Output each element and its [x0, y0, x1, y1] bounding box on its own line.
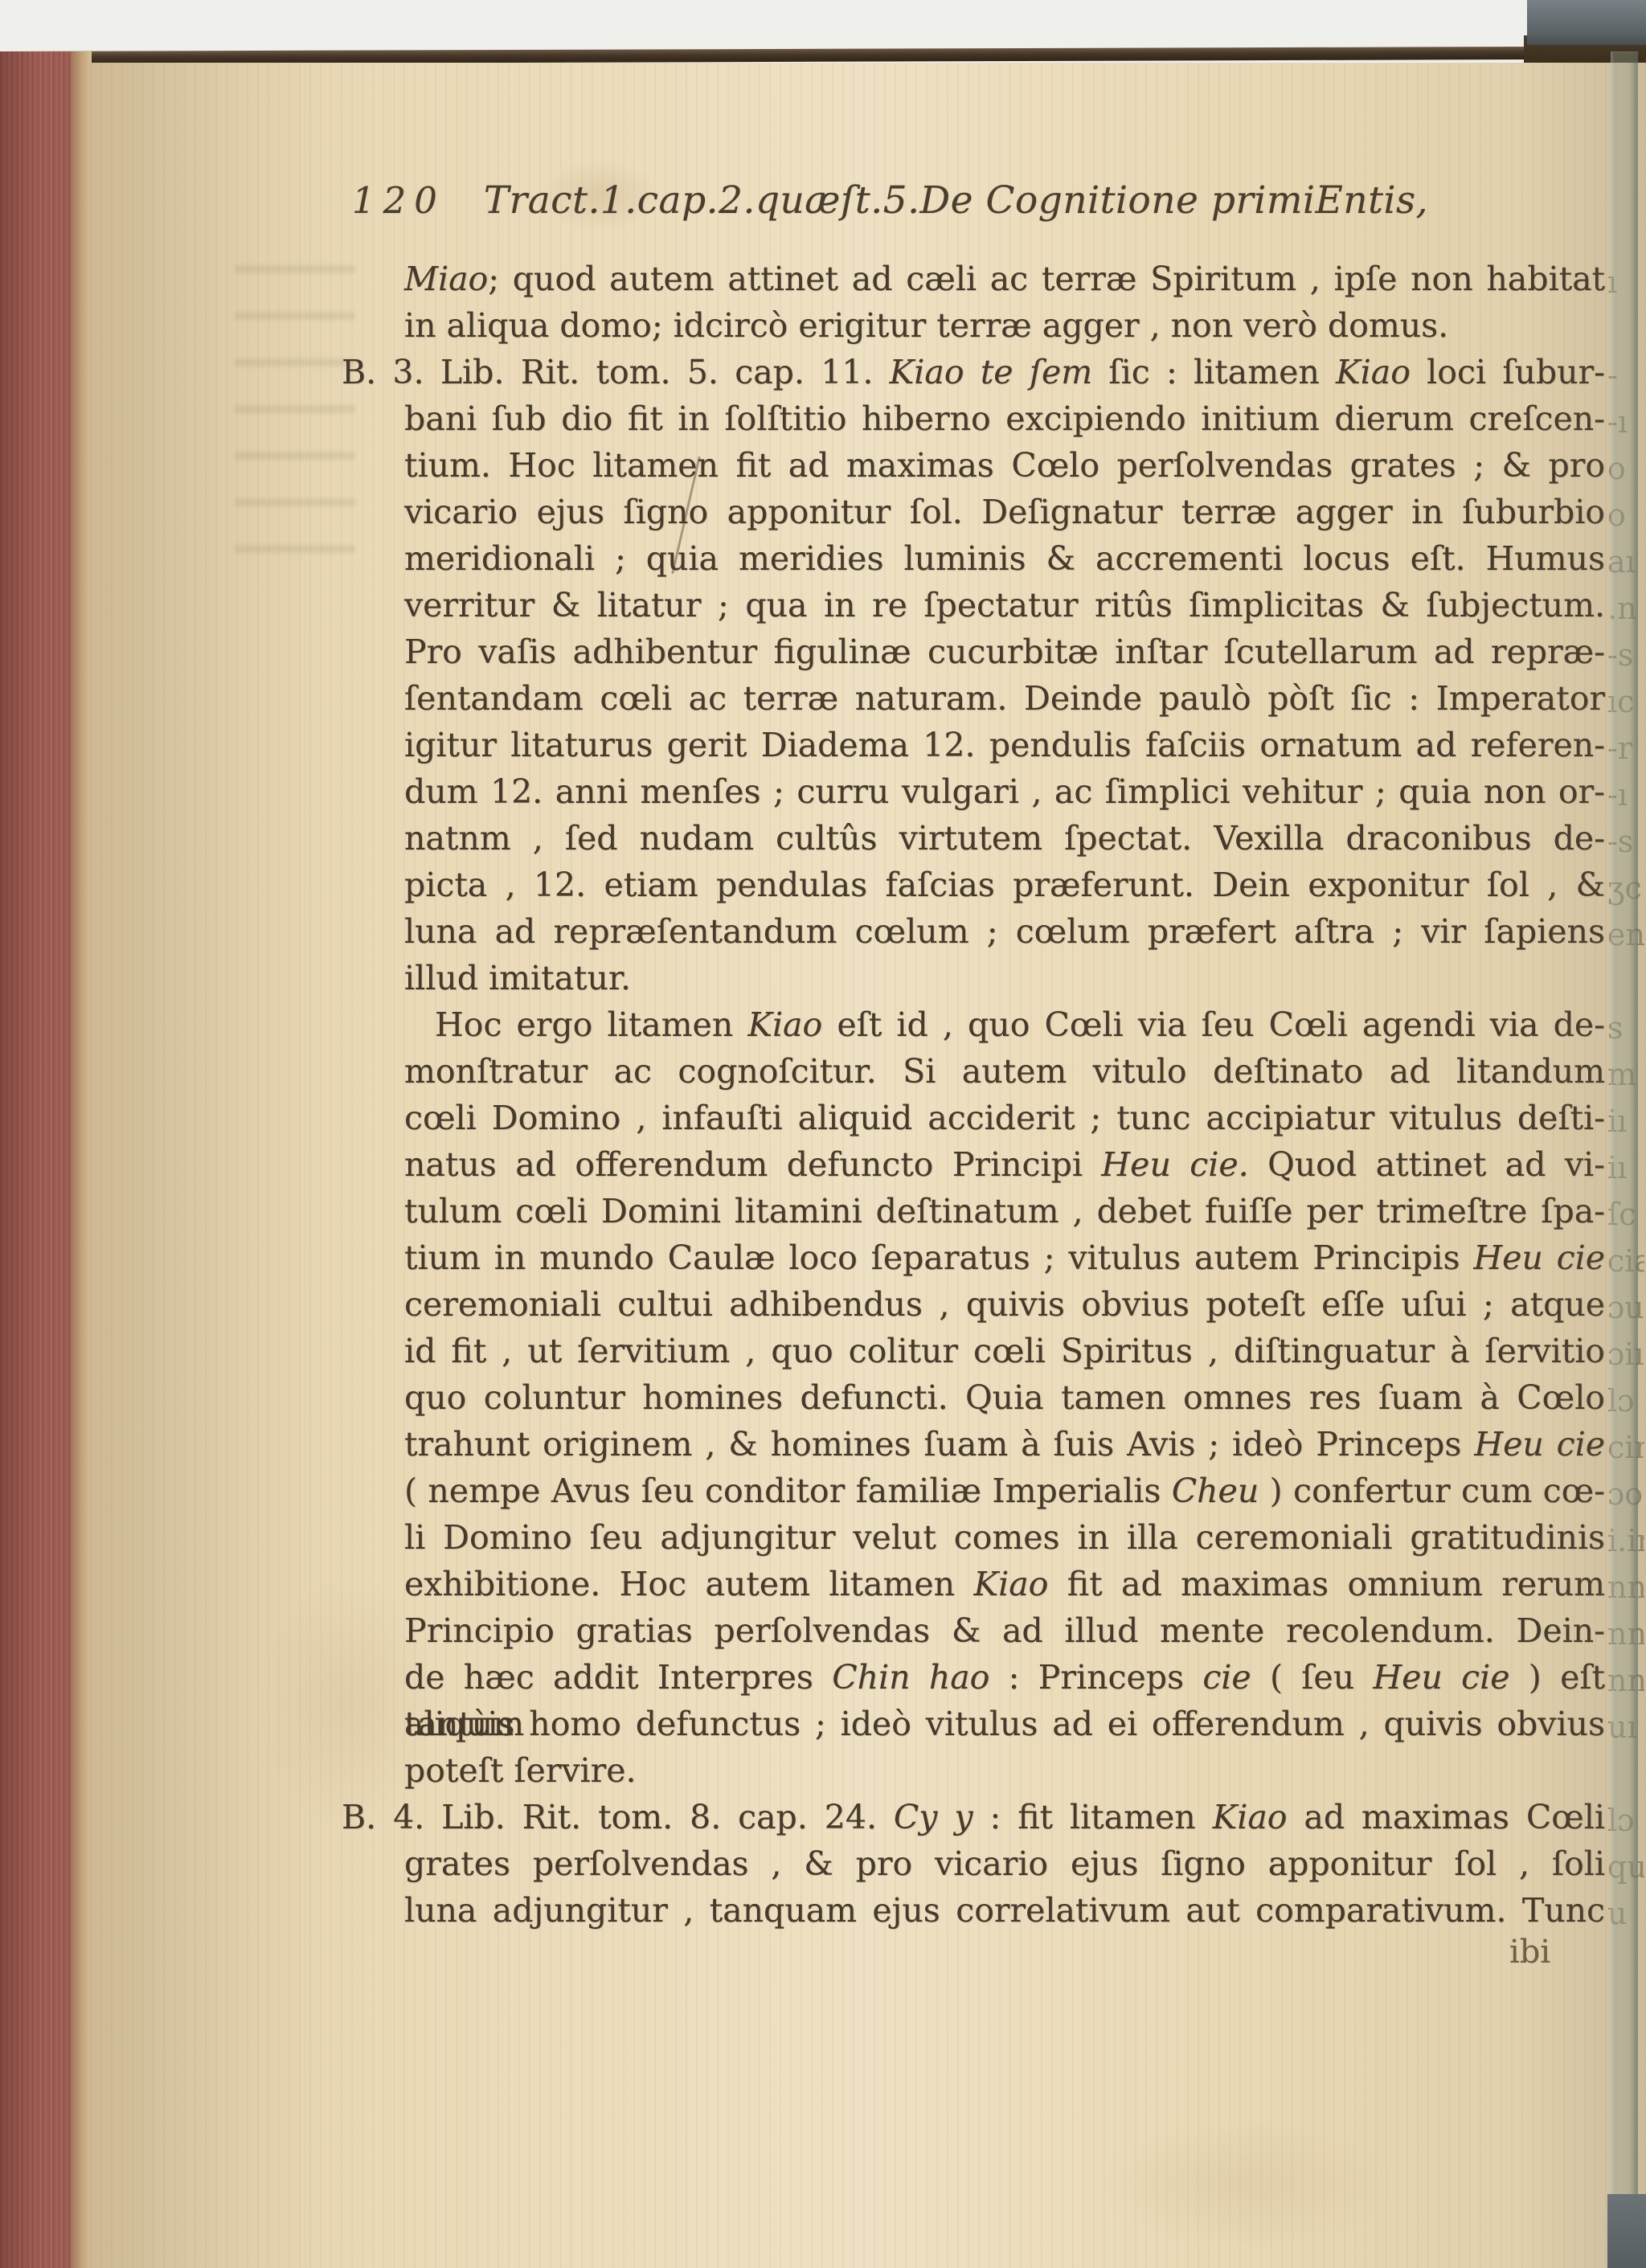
- text-line: verritur & litatur ; qua in re ſpectatur…: [342, 582, 1605, 628]
- text-line: natus ad offerendum defuncto Principi He…: [342, 1141, 1605, 1188]
- italic-term: Heu cie.: [1101, 1145, 1248, 1184]
- text-line: ſentandam cœli ac terræ naturam. Deinde …: [342, 675, 1605, 722]
- text-run: ( ſeu: [1251, 1658, 1374, 1697]
- text-run: cœli Domino , infauſti aliquid acciderit…: [404, 1099, 1605, 1137]
- text-run: de hæc addit Interpres: [404, 1658, 832, 1697]
- italic-term: Kiao te ſem: [890, 353, 1092, 391]
- text-line: li Domino ſeu adjungitur velut comes in …: [342, 1514, 1605, 1561]
- text-line: in aliqua domo; idcircò erigitur terræ a…: [342, 302, 1605, 349]
- text-line: luna adjungitur , tanquam ejus correlati…: [342, 1887, 1605, 1934]
- text-run: monſtratur ac cognoſcitur. Si autem vitu…: [404, 1052, 1605, 1091]
- italic-term: cie: [1202, 1658, 1251, 1697]
- paper-stain: [1095, 2120, 1400, 2249]
- text-line: tulum cœli Domini litamini deſtinatum , …: [342, 1188, 1605, 1234]
- text-line: bani ſub dio fit in ſolſtitio hiberno ex…: [342, 395, 1605, 442]
- text-run: tulum cœli Domini litamini deſtinatum , …: [404, 1192, 1605, 1230]
- text-line: grates perſolvendas , & pro vicario ejus…: [342, 1840, 1605, 1887]
- text-run: ſic : litamen: [1092, 353, 1336, 391]
- text-run: id fit , ut ſervitium , quo colitur cœli…: [404, 1332, 1605, 1370]
- text-line: de hæc addit Interpres Chin hao : Prince…: [342, 1654, 1605, 1701]
- text-line: dum 12. anni menſes ; curru vulgari , ac…: [342, 768, 1605, 815]
- text-run: : Princeps: [989, 1658, 1202, 1697]
- text-run: eſt id , quo Cœli via ſeu Cœli agendi vi…: [822, 1005, 1605, 1044]
- text-run: ſentandam cœli ac terræ naturam. Deinde …: [404, 679, 1605, 718]
- italic-term: Miao: [404, 260, 488, 298]
- text-run: quo coluntur homines defuncti. Quia tame…: [404, 1378, 1605, 1417]
- text-line: Miao; quod autem attinet ad cæli ac terr…: [342, 256, 1605, 302]
- text-run: in aliqua domo; idcircò erigitur terræ a…: [404, 306, 1448, 345]
- text-run: tium in mundo Caulæ loco ſeparatus ; vit…: [404, 1238, 1473, 1277]
- text-run: vicario ejus ſigno apponitur ſol. Deſign…: [404, 493, 1605, 531]
- text-line: picta , 12. etiam pendulas faſcias præfe…: [342, 862, 1605, 908]
- text-line: trahunt originem , & homines ſuam à ſuis…: [342, 1421, 1605, 1468]
- text-line: meridionali ; quia meridies luminis & ac…: [342, 535, 1605, 582]
- text-run: verritur & litatur ; qua in re ſpectatur…: [404, 586, 1605, 624]
- running-head: 120Tract.1.cap.2.quæſt.5.De Cognitione p…: [352, 178, 1428, 223]
- text-run: ceremoniali cultui adhibendus , quivis o…: [404, 1285, 1605, 1324]
- text-run: ; quod autem attinet ad cæli ac terræ Sp…: [488, 260, 1605, 298]
- text-run: bani ſub dio fit in ſolſtitio hiberno ex…: [404, 399, 1605, 438]
- text-run: poteſt ſervire.: [404, 1751, 637, 1790]
- text-line: Pro vaſis adhibentur figulinæ cucurbitæ …: [342, 628, 1605, 675]
- text-line: natnm , ſed nudam cultûs virtutem ſpecta…: [342, 815, 1605, 862]
- text-line: ( nempe Avus ſeu conditor familiæ Imperi…: [342, 1468, 1605, 1514]
- text-run: illud imitatur.: [404, 959, 631, 997]
- running-title: Tract.1.cap.2.quæſt.5.De Cognitione prim…: [484, 178, 1428, 223]
- text-line: ceremoniali cultui adhibendus , quivis o…: [342, 1281, 1605, 1328]
- page-edge-tan: [71, 51, 92, 2268]
- text-line: B. 4. Lib. Rit. tom. 8. cap. 24. Cy y : …: [342, 1794, 1605, 1840]
- text-run: luna ad repræſentandum cœlum ; cœlum præ…: [404, 912, 1605, 951]
- text-run: natnm , ſed nudam cultûs virtutem ſpecta…: [404, 819, 1605, 858]
- scanner-clamp-top: [1527, 0, 1646, 45]
- text-run: natus ad offerendum defuncto Principi: [404, 1145, 1101, 1184]
- text-run: luna adjungitur , tanquam ejus correlati…: [404, 1891, 1605, 1930]
- text-run: meridionali ; quia meridies luminis & ac…: [404, 539, 1605, 578]
- book-top-edge: [0, 47, 1646, 64]
- italic-term: Cy y: [894, 1798, 973, 1836]
- text-line: tium in mundo Caulæ loco ſeparatus ; vit…: [342, 1234, 1605, 1281]
- text-line: igitur litaturus gerit Diadema 12. pendu…: [342, 722, 1605, 768]
- text-run: grates perſolvendas , & pro vicario ejus…: [404, 1844, 1605, 1883]
- text-line: Principio gratias perſolvendas & ad illu…: [342, 1607, 1605, 1654]
- text-run: Pro vaſis adhibentur figulinæ cucurbitæ …: [404, 633, 1605, 671]
- text-line: poteſt ſervire.: [342, 1747, 1605, 1794]
- italic-term: Chin hao: [832, 1658, 989, 1697]
- text-line: monſtratur ac cognoſcitur. Si autem vitu…: [342, 1048, 1605, 1095]
- text-line: B. 3. Lib. Rit. tom. 5. cap. 11. Kiao te…: [342, 349, 1605, 395]
- text-line: vicario ejus ſigno apponitur ſol. Deſign…: [342, 489, 1605, 535]
- text-run: ( nempe Avus ſeu conditor familiæ Imperi…: [404, 1472, 1172, 1510]
- text-run: igitur litaturus gerit Diadema 12. pendu…: [404, 726, 1605, 764]
- text-line: illud imitatur.: [342, 955, 1605, 1001]
- text-line: cœli Domino , infauſti aliquid acciderit…: [342, 1095, 1605, 1141]
- italic-term: Heu cie: [1373, 1658, 1509, 1697]
- page-fore-edge-red: [0, 51, 72, 2268]
- italic-term: Kiao: [747, 1005, 822, 1044]
- text-run: li Domino ſeu adjungitur velut comes in …: [404, 1518, 1605, 1557]
- body-text-block: Miao; quod autem attinet ad cæli ac terr…: [342, 256, 1605, 1934]
- text-line: Hoc ergo litamen Kiao eſt id , quo Cœli …: [342, 1001, 1605, 1048]
- text-run: exhibitione. Hoc autem litamen: [404, 1565, 973, 1603]
- bookmark-ribbon: [1611, 51, 1638, 2268]
- text-line: exhibitione. Hoc autem litamen Kiao fit …: [342, 1561, 1605, 1607]
- text-line: luna ad repræſentandum cœlum ; cœlum præ…: [342, 908, 1605, 955]
- italic-term: Kiao: [1336, 353, 1411, 391]
- scanner-clamp-bottom: [1607, 2194, 1646, 2268]
- italic-term: Kiao: [973, 1565, 1048, 1603]
- text-run: Principio gratias perſolvendas & ad illu…: [404, 1611, 1605, 1650]
- text-run: aliquis homo defunctus ; ideò vitulus ad…: [404, 1705, 1605, 1743]
- text-run: trahunt originem , & homines ſuam à ſuis…: [404, 1425, 1474, 1464]
- text-run: picta , 12. etiam pendulas faſcias præfe…: [404, 866, 1605, 904]
- text-run: dum 12. anni menſes ; curru vulgari , ac…: [404, 772, 1605, 811]
- text-line: id fit , ut ſervitium , quo colitur cœli…: [342, 1328, 1605, 1374]
- page-number: 120: [352, 179, 445, 222]
- text-run: Hoc ergo litamen: [435, 1005, 747, 1044]
- text-run: : fit litamen: [973, 1798, 1213, 1836]
- italic-term: Cheu: [1172, 1472, 1259, 1510]
- italic-term: Kiao: [1213, 1798, 1288, 1836]
- text-run: B. 4. Lib. Rit. tom. 8. cap. 24.: [342, 1798, 894, 1836]
- text-run: tium. Hoc litamen fit ad maximas Cœlo pe…: [404, 446, 1605, 485]
- text-run: B. 3. Lib. Rit. tom. 5. cap. 11.: [342, 353, 890, 391]
- text-line: aliquis homo defunctus ; ideò vitulus ad…: [342, 1701, 1605, 1747]
- ink-offset-smudge: [235, 265, 355, 555]
- text-line: tium. Hoc litamen fit ad maximas Cœlo pe…: [342, 442, 1605, 489]
- text-run: fit ad maximas omnium rerum: [1048, 1565, 1605, 1603]
- text-line: quo coluntur homines defuncti. Quia tame…: [342, 1374, 1605, 1421]
